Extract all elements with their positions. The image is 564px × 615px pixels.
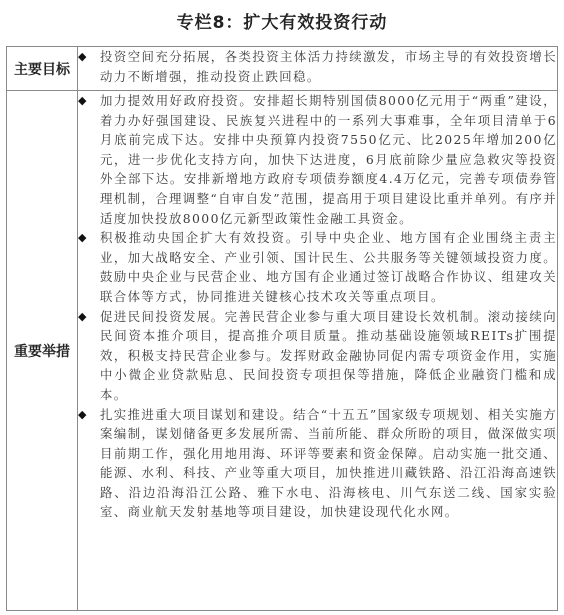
diamond-bullet-icon: ◆ [78, 91, 100, 110]
page-title: 专栏8：扩大有效投资行动 [0, 8, 564, 33]
table-row-main-goals: 主要目标 ◆ 投资空间充分拓展，各类投资主体活力持续激发，市场主导的有效投资增长… [7, 47, 558, 91]
table-row-key-measures: 重要举措 ◆ 加力提效用好政府投资。安排超长期特别国债8000亿元用于“两重”建… [7, 91, 558, 611]
feature-box-table: 主要目标 ◆ 投资空间充分拓展，各类投资主体活力持续激发，市场主导的有效投资增长… [6, 46, 558, 611]
list-item: ◆ 加力提效用好政府投资。安排超长期特别国债8000亿元用于“两重”建设，着力办… [78, 91, 557, 228]
list-item: ◆ 扎实推进重大项目谋划和建设。结合“十五五”国家级专项规划、相关实施方案编制，… [78, 405, 557, 523]
list-item-text: 加力提效用好政府投资。安排超长期特别国债8000亿元用于“两重”建设，着力办好强… [100, 91, 557, 228]
list-item-text: 投资空间充分拓展，各类投资主体活力持续激发，市场主导的有效投资增长动力不断增强，… [100, 47, 557, 86]
list-item: ◆ 积极推动央国企扩大有效投资。引导中央企业、地方国有企业围绕主责主业，加大战略… [78, 228, 557, 306]
list-item-text: 促进民间投资发展。完善民营企业参与重大项目建设长效机制。滚动接续向民间资本推介项… [100, 307, 557, 405]
row-label-main-goals: 主要目标 [7, 47, 78, 91]
diamond-bullet-icon: ◆ [78, 47, 100, 66]
row-content-key-measures: ◆ 加力提效用好政府投资。安排超长期特别国债8000亿元用于“两重”建设，着力办… [78, 91, 558, 611]
diamond-bullet-icon: ◆ [78, 307, 100, 326]
diamond-bullet-icon: ◆ [78, 405, 100, 424]
list-item: ◆ 促进民间投资发展。完善民营企业参与重大项目建设长效机制。滚动接续向民间资本推… [78, 307, 557, 405]
row-content-main-goals: ◆ 投资空间充分拓展，各类投资主体活力持续激发，市场主导的有效投资增长动力不断增… [78, 47, 558, 91]
list-item-text: 扎实推进重大项目谋划和建设。结合“十五五”国家级专项规划、相关实施方案编制，谋划… [100, 405, 557, 523]
diamond-bullet-icon: ◆ [78, 228, 100, 247]
list-item: ◆ 投资空间充分拓展，各类投资主体活力持续激发，市场主导的有效投资增长动力不断增… [78, 47, 557, 86]
list-item-text: 积极推动央国企扩大有效投资。引导中央企业、地方国有企业围绕主责主业，加大战略安全… [100, 228, 557, 306]
row-label-key-measures: 重要举措 [7, 91, 78, 611]
